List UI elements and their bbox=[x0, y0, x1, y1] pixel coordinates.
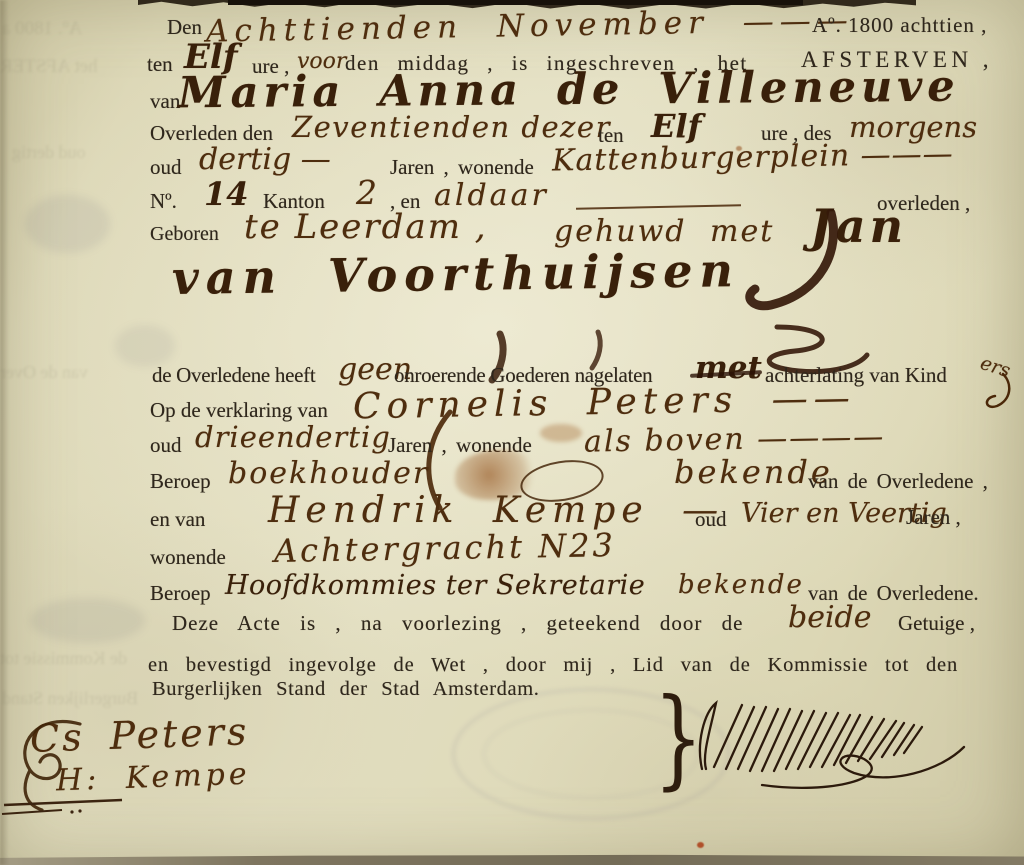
printed-overledene-heeft: de Overledene heeft bbox=[152, 364, 315, 386]
printed-no: Nº. bbox=[150, 190, 177, 212]
bleedthrough-smudge bbox=[25, 195, 110, 253]
printed-wonende-w2: wonende bbox=[150, 546, 226, 568]
printed-burgerlijke-stand: Burgerlijken Stand der Stad Amsterdam. bbox=[152, 679, 540, 701]
printed-van: van bbox=[150, 90, 180, 112]
printed-getuige: Getuige , bbox=[898, 612, 975, 634]
hw-address: Kattenburgerplein ——— bbox=[552, 138, 954, 177]
printed-bevestigd: en bevestigd ingevolge de Wet , door mij… bbox=[148, 655, 958, 677]
hw-deceased-name: Maria Anna de Villeneuve bbox=[178, 65, 960, 117]
bleedthrough-smudge bbox=[115, 325, 175, 367]
official-signature bbox=[692, 697, 977, 797]
bleedthrough-text: Aº. 1800 a bbox=[2, 18, 82, 40]
bleedthrough-text: de Kommissie tot bbox=[0, 648, 127, 669]
bleedthrough-text: van de Over bbox=[0, 362, 88, 383]
ink-speckle bbox=[540, 424, 582, 442]
hw-witness1-occupation: boekhouder bbox=[228, 458, 429, 490]
signature-witness2: H: Kempe bbox=[56, 759, 252, 797]
printed-beroep-w1: Beroep bbox=[150, 470, 211, 492]
hw-death-hour: Elf bbox=[651, 110, 701, 144]
hw-kanton-number: 2 bbox=[356, 176, 377, 211]
hw-witness2-address: Achtergracht N23 bbox=[274, 529, 616, 569]
printed-geboren: Geboren bbox=[150, 224, 219, 245]
bleedthrough-text: Burgerlijken Stand bbox=[2, 688, 138, 709]
hw-witness2-relation: bekende bbox=[678, 572, 804, 599]
printed-overleden-den: Overleden den bbox=[150, 122, 273, 144]
hw-kind-suffix-curl bbox=[975, 372, 1024, 417]
hw-house-number: 14 bbox=[204, 178, 249, 212]
printed-en-van: en van bbox=[150, 508, 205, 530]
printed-beroep-w2: Beroep bbox=[150, 582, 211, 604]
death-certificate-scan: Aº. 1800 a het AFSTER oud dertig van de … bbox=[0, 0, 1024, 865]
printed-anno-year: Aº. 1800 achttien , bbox=[812, 14, 987, 36]
hw-witness2-name: Hendrik Kempe — bbox=[268, 492, 724, 530]
bleedthrough-text: oud dertig bbox=[12, 142, 86, 163]
hw-registration-date: Achttienden November ——— bbox=[206, 4, 854, 48]
printed-oud-w2: oud bbox=[695, 508, 727, 530]
bleedthrough-text: het AFSTER bbox=[0, 56, 98, 78]
printed-jaren-wonende: Jaren , wonende bbox=[390, 156, 534, 178]
printed-jaren-w2: Jaren , bbox=[906, 506, 961, 528]
hw-witness1-age: drieendertig bbox=[195, 422, 391, 452]
hw-birthplace: te Leerdam , bbox=[244, 210, 488, 246]
signature-witness2-underline bbox=[0, 798, 135, 824]
hw-age: dertig — bbox=[199, 144, 331, 176]
bleedthrough-smudge bbox=[30, 598, 145, 643]
hw-beide: beide bbox=[788, 602, 872, 634]
scan-edge-bottom bbox=[0, 852, 1024, 865]
printed-verklaring-van: Op de verklaring van bbox=[150, 399, 328, 421]
printed-ten: ten bbox=[147, 53, 173, 75]
hw-witness2-occupation: Hoofdkommies ter Sekretarie bbox=[225, 572, 645, 600]
printed-den: Den bbox=[167, 16, 202, 38]
printed-oud: oud bbox=[150, 156, 182, 178]
printed-oud-w1: oud bbox=[150, 434, 182, 456]
rust-speck bbox=[697, 842, 704, 848]
printed-deze-acte: Deze Acte is , na voorlezing , geteekend… bbox=[172, 612, 743, 634]
hw-death-date: Zeventienden dezer bbox=[292, 112, 611, 142]
printed-van-overledene-w1: van de Overledene , bbox=[808, 470, 988, 492]
